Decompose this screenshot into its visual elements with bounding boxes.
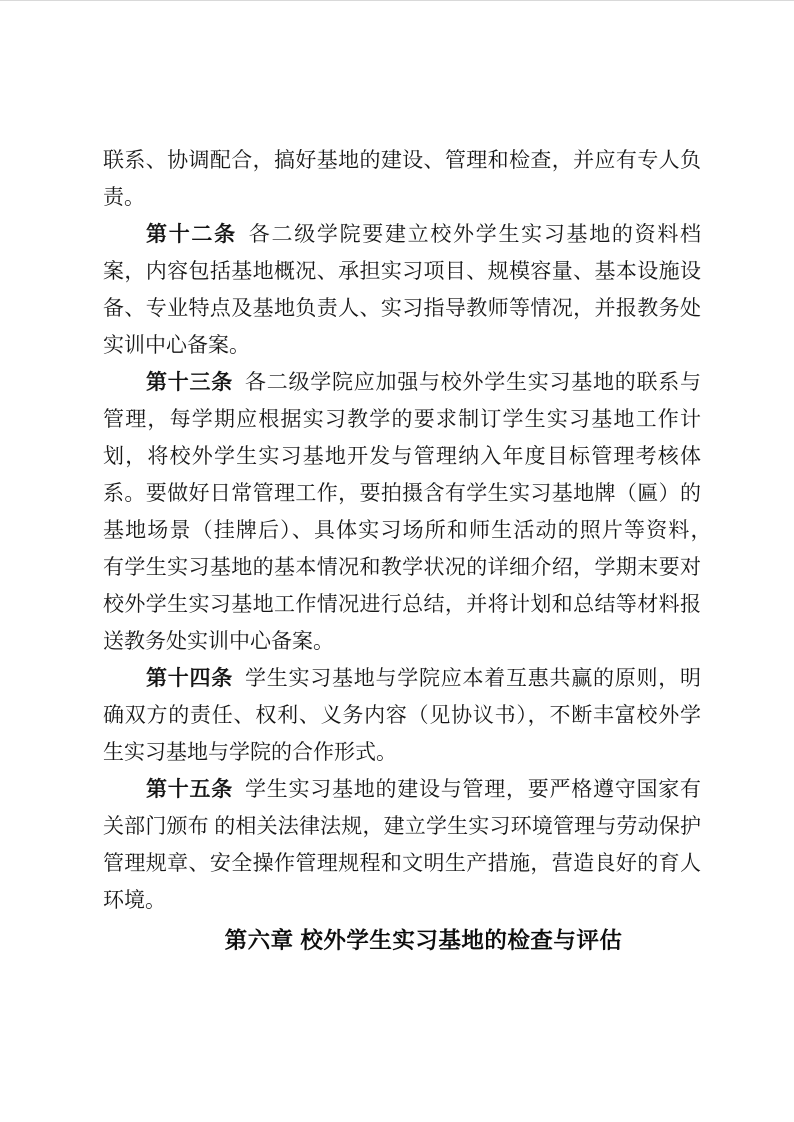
article-label: 第十二条 — [146, 222, 237, 246]
paragraph: 第十五条学生实习基地的建设与管理，要严格遵守国家有关部门颁布 的相关法律法规，建… — [103, 771, 701, 919]
article-label: 第十三条 — [146, 370, 233, 394]
paragraph: 第十三条各二级学院应加强与校外学生实习基地的联系与管理，每学期应根据实习教学的要… — [103, 364, 701, 660]
paragraph-text: 联系、协调配合，搞好基地的建设、管理和检查，并应有专人负责。 — [103, 148, 701, 209]
document-page: 联系、协调配合，搞好基地的建设、管理和检查，并应有专人负责。 第十二条各二级学院… — [0, 0, 794, 1122]
paragraph: 联系、协调配合，搞好基地的建设、管理和检查，并应有专人负责。 — [103, 142, 701, 216]
chapter-heading: 第六章 校外学生实习基地的检查与评估 — [103, 919, 701, 963]
paragraph: 第十四条学生实习基地与学院应本着互惠共赢的原则，明确双方的责任、权利、义务内容（… — [103, 660, 701, 771]
article-label: 第十四条 — [146, 666, 233, 690]
paragraph: 第十二条各二级学院要建立校外学生实习基地的资料档案，内容包括基地概况、承担实习项… — [103, 216, 701, 364]
paragraph-text: 各二级学院应加强与校外学生实习基地的联系与管理，每学期应根据实习教学的要求制订学… — [103, 370, 722, 653]
article-label: 第十五条 — [146, 777, 233, 801]
document-body: 联系、协调配合，搞好基地的建设、管理和检查，并应有专人负责。 第十二条各二级学院… — [103, 142, 701, 963]
